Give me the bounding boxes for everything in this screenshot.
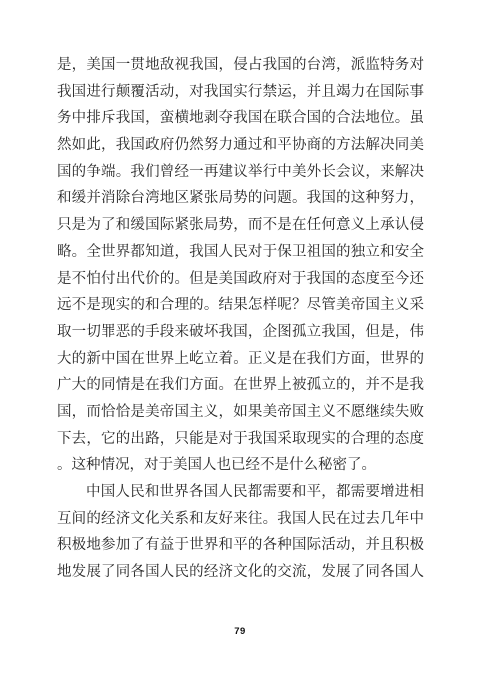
body-text: 是，美国一贯地敌视我国，侵占我国的台湾，派监特务对 我国进行颠覆活动，对我国实行… xyxy=(57,52,424,586)
text-line: 国，而恰恰是美帝国主义，如果美帝国主义不愿继续失败 xyxy=(57,399,424,426)
text-line: 国的争端。我们曾经一再建议举行中美外长会议，来解决 xyxy=(57,159,424,186)
text-line: 下去，它的出路，只能是对于我国采取现实的合理的态度 xyxy=(57,426,424,453)
text-line: 我国进行颠覆活动，对我国实行禁运，并且竭力在国际事 xyxy=(57,79,424,106)
text-line: 略。全世界都知道，我国人民对于保卫祖国的独立和安全 xyxy=(57,239,424,266)
text-line: 积极地参加了有益于世界和平的各种国际活动，并且积极 xyxy=(57,532,424,559)
page-number: 79 xyxy=(0,626,480,637)
text-line: 远不是现实的和合理的。结果怎样呢？尽管美帝国主义采 xyxy=(57,292,424,319)
text-line: 大的新中国在世界上屹立着。正义是在我们方面，世界的 xyxy=(57,346,424,373)
text-line: 。这种情况，对于美国人也已经不是什么秘密了。 xyxy=(57,452,424,479)
text-line: 广大的同情是在我们方面。在世界上被孤立的，并不是我 xyxy=(57,372,424,399)
text-line: 是，美国一贯地敌视我国，侵占我国的台湾，派监特务对 xyxy=(57,52,424,79)
text-line: 地发展了同各国人民的经济文化的交流，发展了同各国人 xyxy=(57,559,424,586)
text-line: 取一切罪恶的手段来破坏我国，企图孤立我国，但是，伟 xyxy=(57,319,424,346)
text-line-paragraph-start: 中国人民和世界各国人民都需要和平，都需要增进相 xyxy=(57,479,424,506)
text-line: 然如此，我国政府仍然努力通过和平协商的方法解决同美 xyxy=(57,132,424,159)
text-line: 务中排斥我国，蛮横地剥夺我国在联合国的合法地位。虽 xyxy=(57,105,424,132)
text-line: 只是为了和缓国际紧张局势，而不是在任何意义上承认侵 xyxy=(57,212,424,239)
text-line: 和缓并消除台湾地区紧张局势的问题。我国的这种努力， xyxy=(57,185,424,212)
document-page: 是，美国一贯地敌视我国，侵占我国的台湾，派监特务对 我国进行颠覆活动，对我国实行… xyxy=(0,0,480,678)
text-line: 是不怕付出代价的。但是美国政府对于我国的态度至今还 xyxy=(57,266,424,293)
text-line: 互间的经济文化关系和友好来往。我国人民在过去几年中 xyxy=(57,506,424,533)
